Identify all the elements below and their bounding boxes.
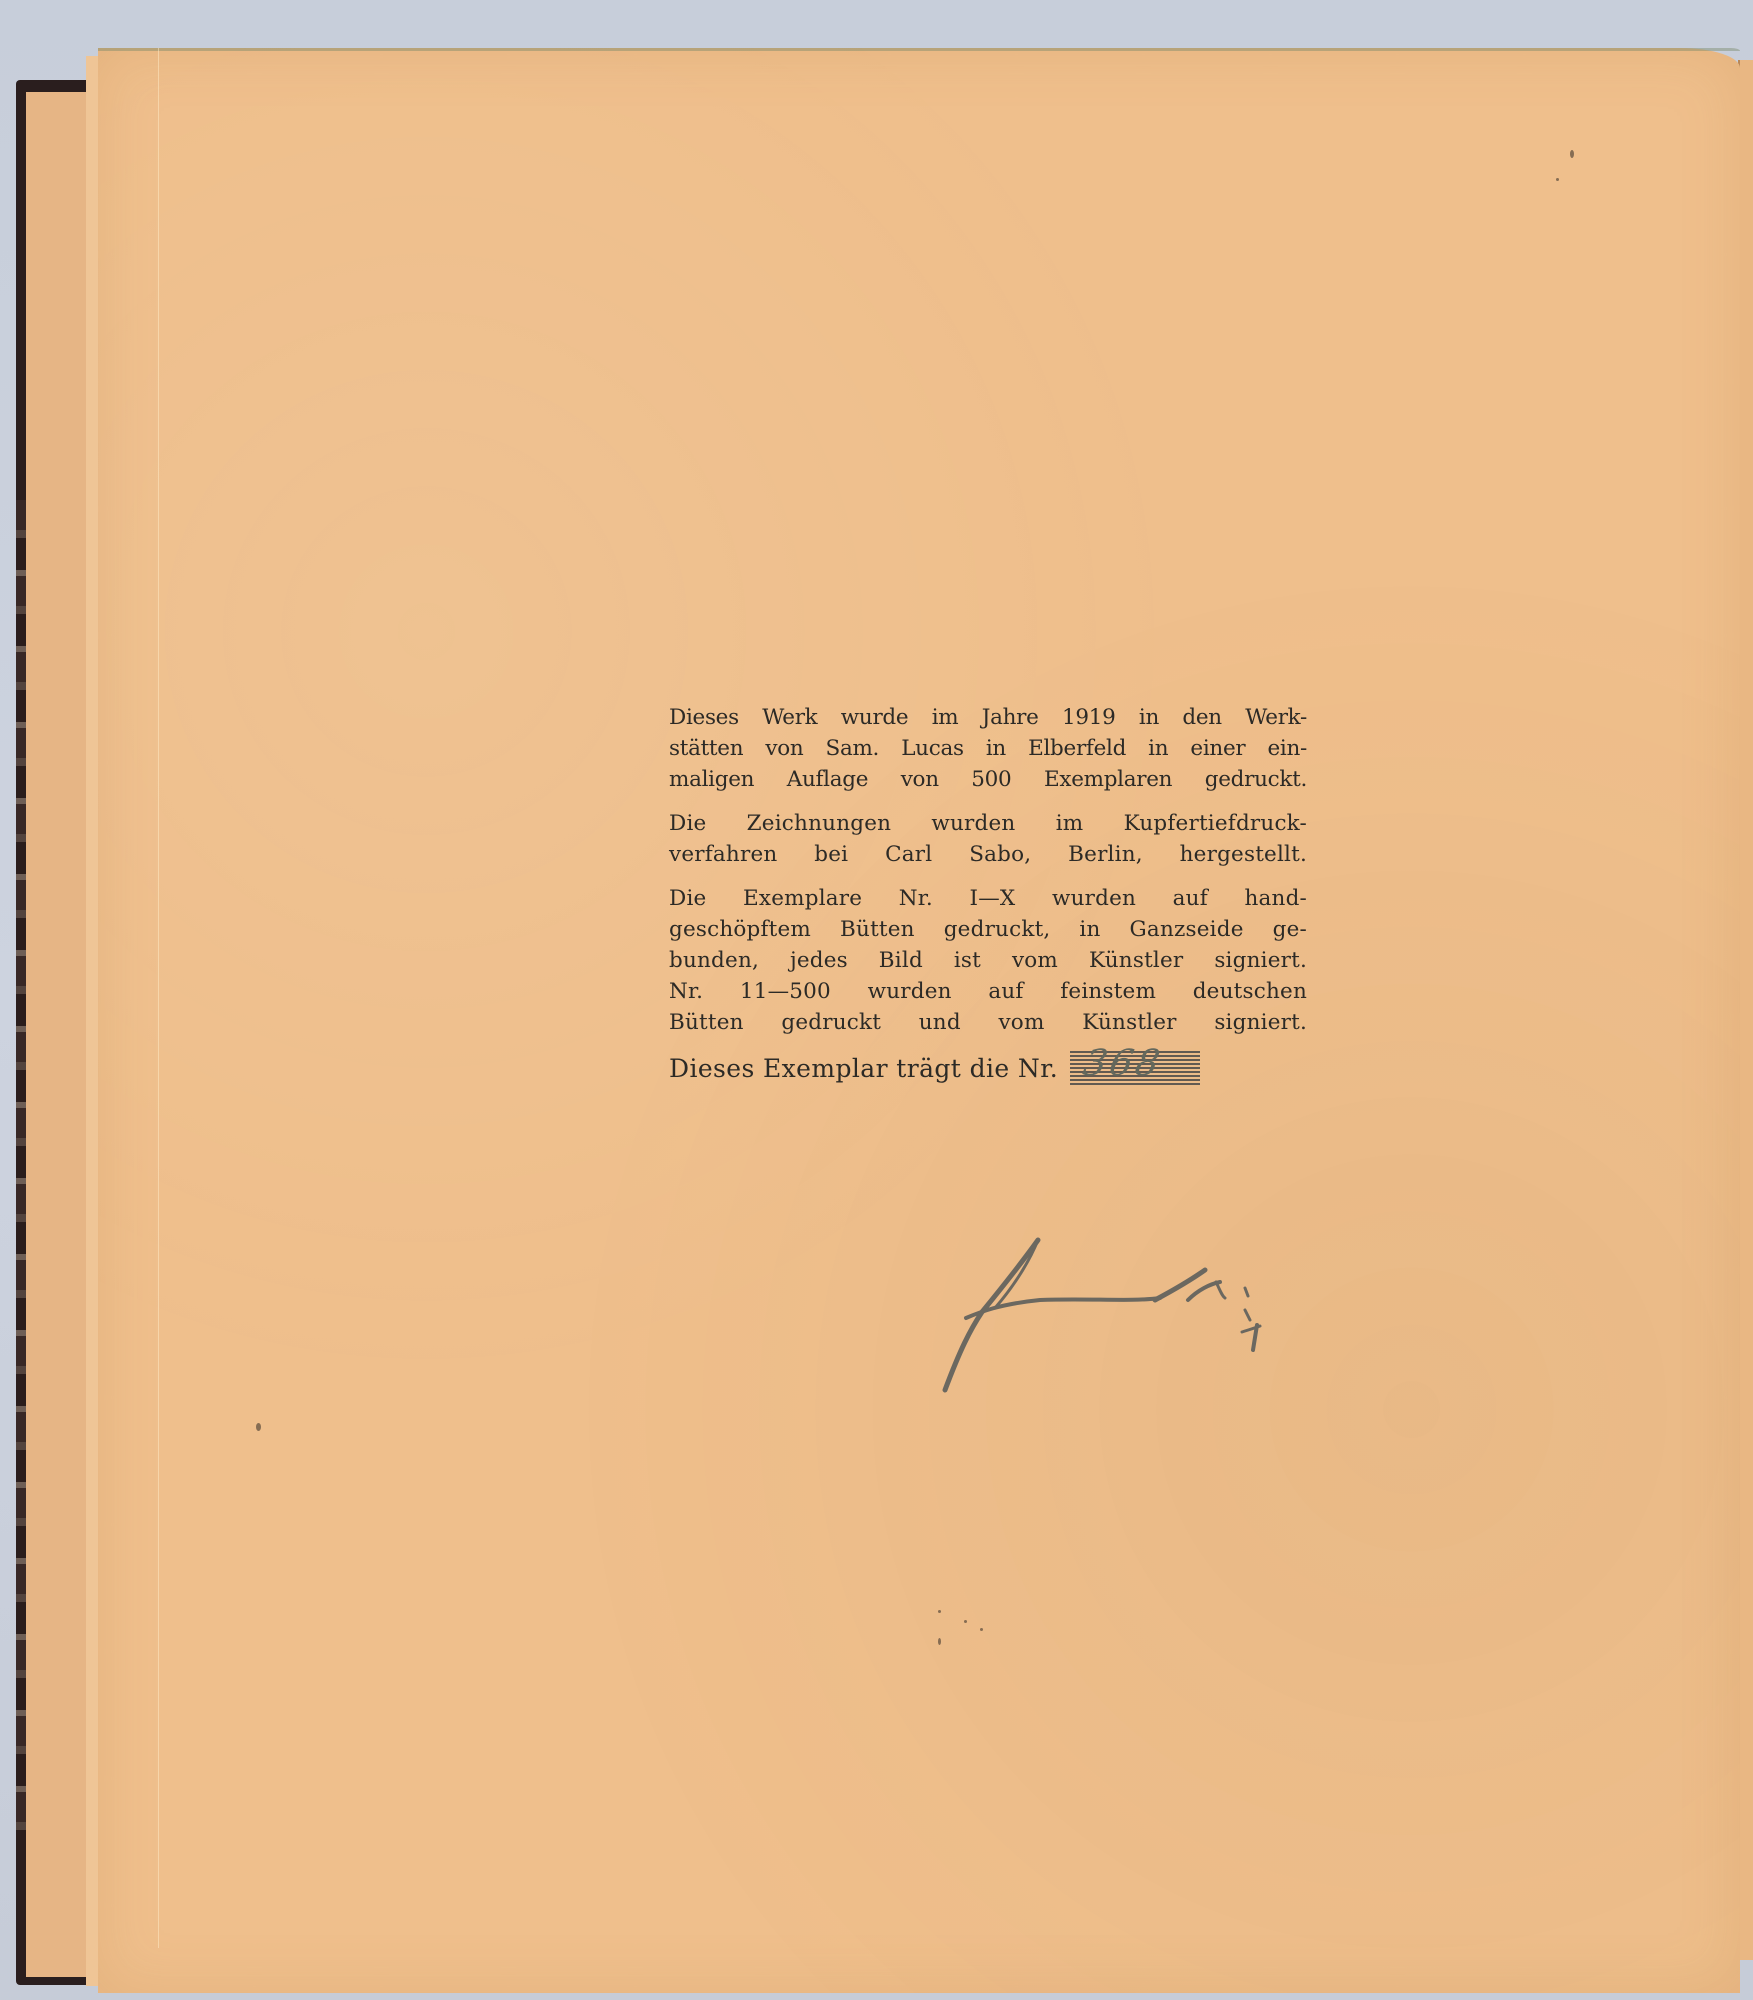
- paper-speck: [1556, 178, 1559, 181]
- colophon-paragraph-editions: Die Exemplare Nr. I—X wurden auf hand- g…: [669, 883, 1307, 1038]
- text-line: Dieses Werk wurde im Jahre 1919 in den W…: [669, 702, 1307, 733]
- artist-signature: [920, 1220, 1300, 1420]
- paper-speck: [256, 1423, 261, 1431]
- exemplar-number-line: Dieses Exemplar trägt die Nr. 368: [669, 1051, 1307, 1085]
- text-line: Die Zeichnungen wurden im Kupfertiefdruc…: [669, 808, 1307, 839]
- paper-speck: [1570, 150, 1574, 158]
- text-line: verfahren bei Carl Sabo, Berlin, hergest…: [669, 839, 1307, 870]
- exemplar-label: Dieses Exemplar trägt die Nr.: [669, 1054, 1058, 1083]
- text-line: geschöpftem Bütten gedruckt, in Ganzseid…: [669, 914, 1307, 945]
- paper-speck: [938, 1610, 941, 1613]
- handwritten-exemplar-number: 368: [1080, 1043, 1166, 1084]
- paper-speck: [938, 1638, 941, 1645]
- next-page-edge: [1738, 60, 1753, 1960]
- text-line: bunden, jedes Bild ist vom Künstler sign…: [669, 945, 1307, 976]
- page-top-edge: [98, 48, 1740, 51]
- paper-speck: [980, 1628, 983, 1631]
- colophon-paragraph-drawings: Die Zeichnungen wurden im Kupfertiefdruc…: [669, 808, 1307, 870]
- text-line: Die Exemplare Nr. I—X wurden auf hand-: [669, 883, 1307, 914]
- page-fold-line: [158, 48, 159, 1948]
- colophon-text-block: Dieses Werk wurde im Jahre 1919 in den W…: [669, 702, 1307, 1085]
- text-line: Nr. 11—500 wurden auf feinstem deutschen: [669, 976, 1307, 1007]
- colophon-paragraph-printing: Dieses Werk wurde im Jahre 1919 in den W…: [669, 702, 1307, 795]
- text-line: maligen Auflage von 500 Exemplaren gedru…: [669, 764, 1307, 795]
- exemplar-number-box: 368: [1070, 1051, 1200, 1085]
- text-line: Bütten gedruckt und vom Künstler signier…: [669, 1007, 1307, 1038]
- paper-speck: [964, 1620, 967, 1623]
- text-line: stätten von Sam. Lucas in Elberfeld in e…: [669, 733, 1307, 764]
